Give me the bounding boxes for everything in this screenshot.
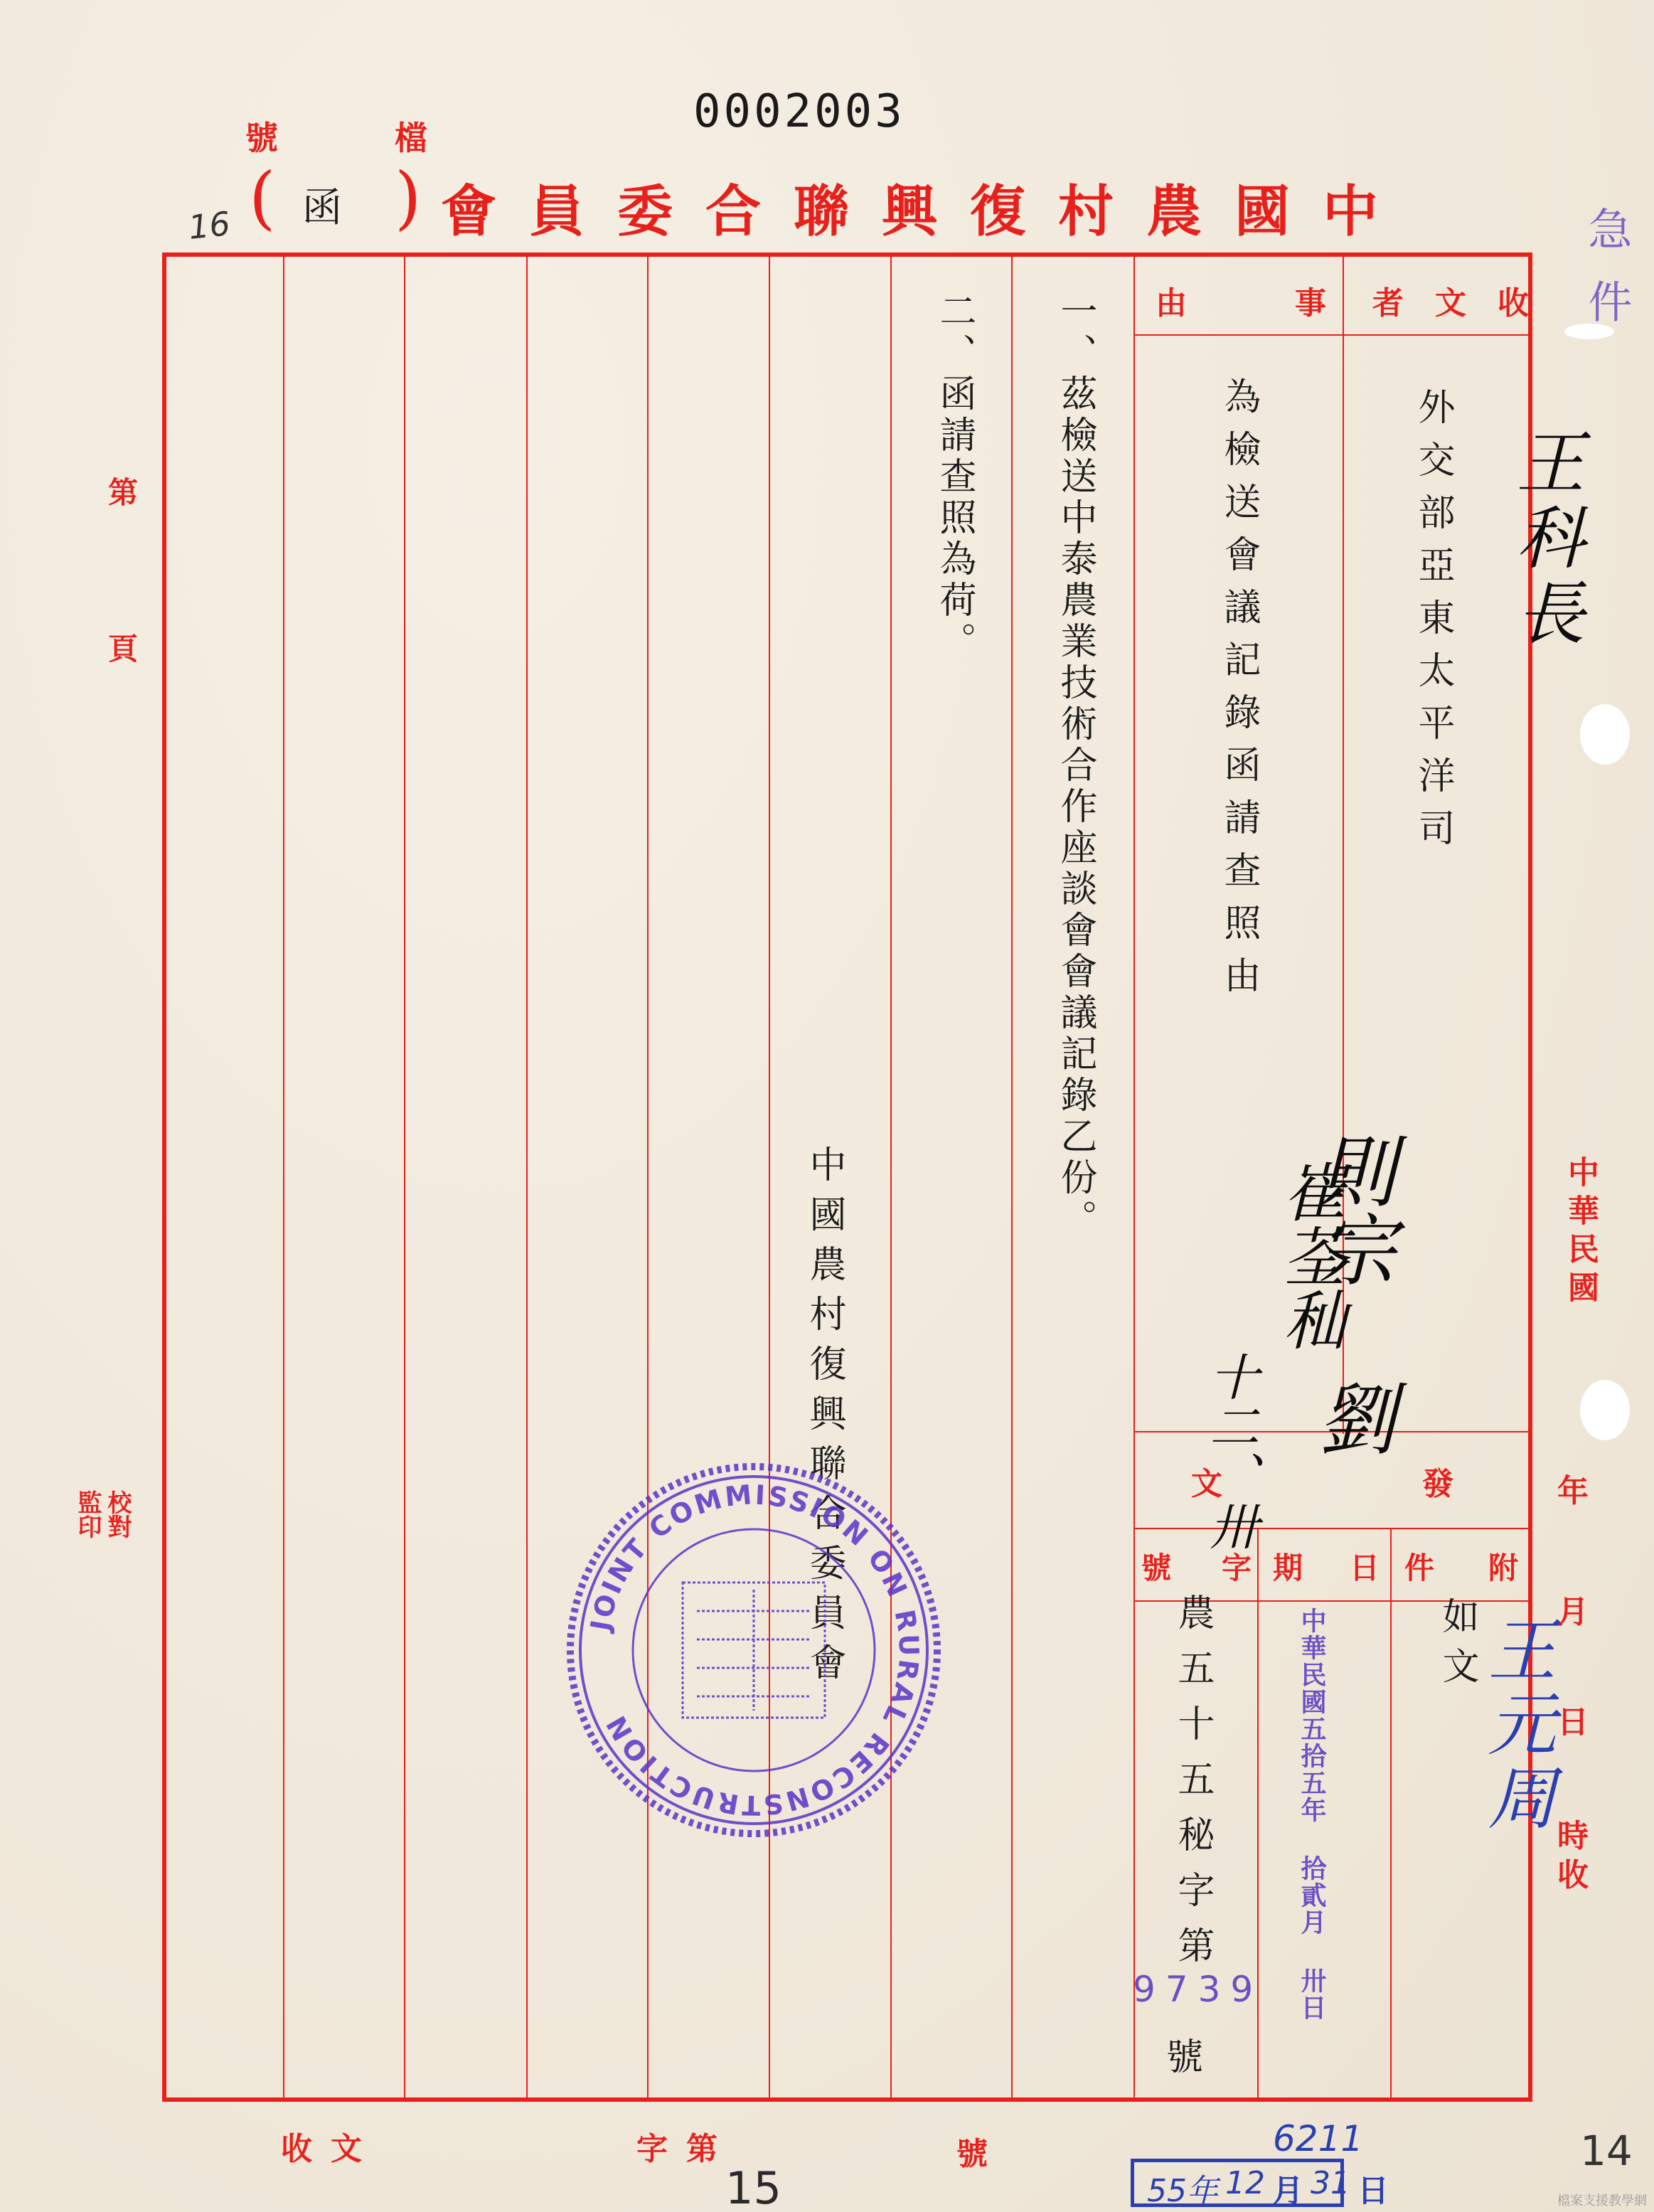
dispatch-title-line [1133,1528,1532,1529]
org-title: 會員委合聯興復村農國中 [441,167,1411,247]
dispatch-header-char: 件 [1404,1545,1434,1588]
footer-handwritten-number: 15 [725,2162,781,2212]
proofread-label-check: 校對 [104,1490,131,1538]
receipt-header-line [1133,334,1532,336]
proofread-label-seal: 監印 [74,1490,101,1538]
right-label-era: 中華民國 [1557,1156,1603,1309]
incoming-date-stamp: 55年 12 月 31 日 [1131,2159,1344,2207]
dispatch-title-fa: 發 [1422,1458,1453,1504]
paren-right: ) [395,158,421,238]
header-date: 日期 [1273,1545,1380,1588]
page-label-di: 第 [108,469,138,512]
column-line [283,257,284,2097]
handwritten-approval-signature: 崔荃秈 [1262,1159,1355,1351]
right-label-received: 收 [1557,1849,1589,1895]
dispatch-number-suffix: 號 [1166,2027,1203,2080]
paren-left: ( [249,158,275,238]
dispatch-title-wen: 文 [1191,1458,1222,1504]
footer-word-label: 字第 [636,2123,736,2169]
dispatch-number-value: 農五十五秘字第 [1166,1593,1220,1982]
subject-value: 為檢送會議記錄函請查照由 [1212,377,1265,1009]
handwritten-received-signature: 王元周 [1468,1615,1566,1836]
incoming-stamp-day-label: 日 [1357,2165,1389,2211]
incoming-stamp-number: 6211 [1273,2118,1363,2159]
doc-type: 函 [302,176,342,233]
punch-hole [1580,704,1630,765]
punch-hole-torn [1564,324,1614,339]
incoming-stamp-day: 31 [1311,2165,1350,2211]
right-label-day: 日 [1557,1696,1589,1742]
archive-watermark: 檔案支援教學網 [1557,2191,1647,2209]
column-line [526,257,528,2097]
dispatch-date-stamp: 中華民國五拾五年 拾貳月 卅日 [1294,1607,1330,2021]
column-line [1133,257,1135,2097]
body-item-2: 二、函請查照為荷。 [928,292,981,663]
incoming-stamp-year: 55年 [1147,2165,1218,2211]
dispatch-header-char: 日 [1350,1545,1380,1588]
proofread-label: 監印 校對 [74,1490,131,1538]
column-line [404,257,405,2097]
margin-note-page: 16 [186,204,232,247]
footer-number-label: 號 [956,2128,988,2174]
handwritten-approval-date: 十二、卅 [1195,1351,1266,1551]
punch-hole [1580,1380,1630,1440]
subject-header: 由事 [1156,277,1326,323]
official-seal: JOINT COMMISSION ON RURAL RECONSTRUCTION [565,1462,942,1839]
column-line [1011,257,1013,2097]
footer-receipt-label: 收文 [281,2123,380,2169]
right-label-year: 年 [1557,1465,1589,1511]
subject-header-char: 事 [1295,277,1326,323]
right-label-month: 月 [1557,1586,1589,1632]
archive-label-char-hao: 號 [245,112,278,159]
incoming-stamp-month-label: 月 [1272,2165,1303,2211]
recipient-header: 者文收 [1372,277,1560,323]
dispatch-divider [1257,1528,1259,2100]
incoming-stamp-month: 12 [1225,2165,1265,2211]
recipient-value: 外交部亞東太平洋司 [1407,388,1459,861]
dispatch-header-char: 期 [1273,1545,1303,1588]
header-attachment: 附件 [1404,1545,1518,1588]
page-label-ye: 頁 [108,626,138,669]
body-item-1: 一、茲檢送中泰農業技術合作座談會會議記錄乙份。 [1049,292,1101,1240]
dispatch-header-char: 號 [1141,1545,1171,1588]
dispatch-divider [1390,1528,1392,2100]
archive-label-char-dang: 檔 [395,112,427,159]
subject-header-char: 由 [1156,277,1187,323]
dispatch-header-char: 附 [1488,1545,1518,1588]
dispatch-number-stamp: 9739 [1133,1969,1263,2010]
header-number: 字號 [1141,1545,1252,1588]
page-note-14: 14 [1580,2127,1633,2175]
serial-number: 0002003 [693,85,905,138]
dispatch-header-char: 字 [1222,1545,1252,1588]
handwritten-recipient-annotation: 王科長 [1497,427,1594,653]
